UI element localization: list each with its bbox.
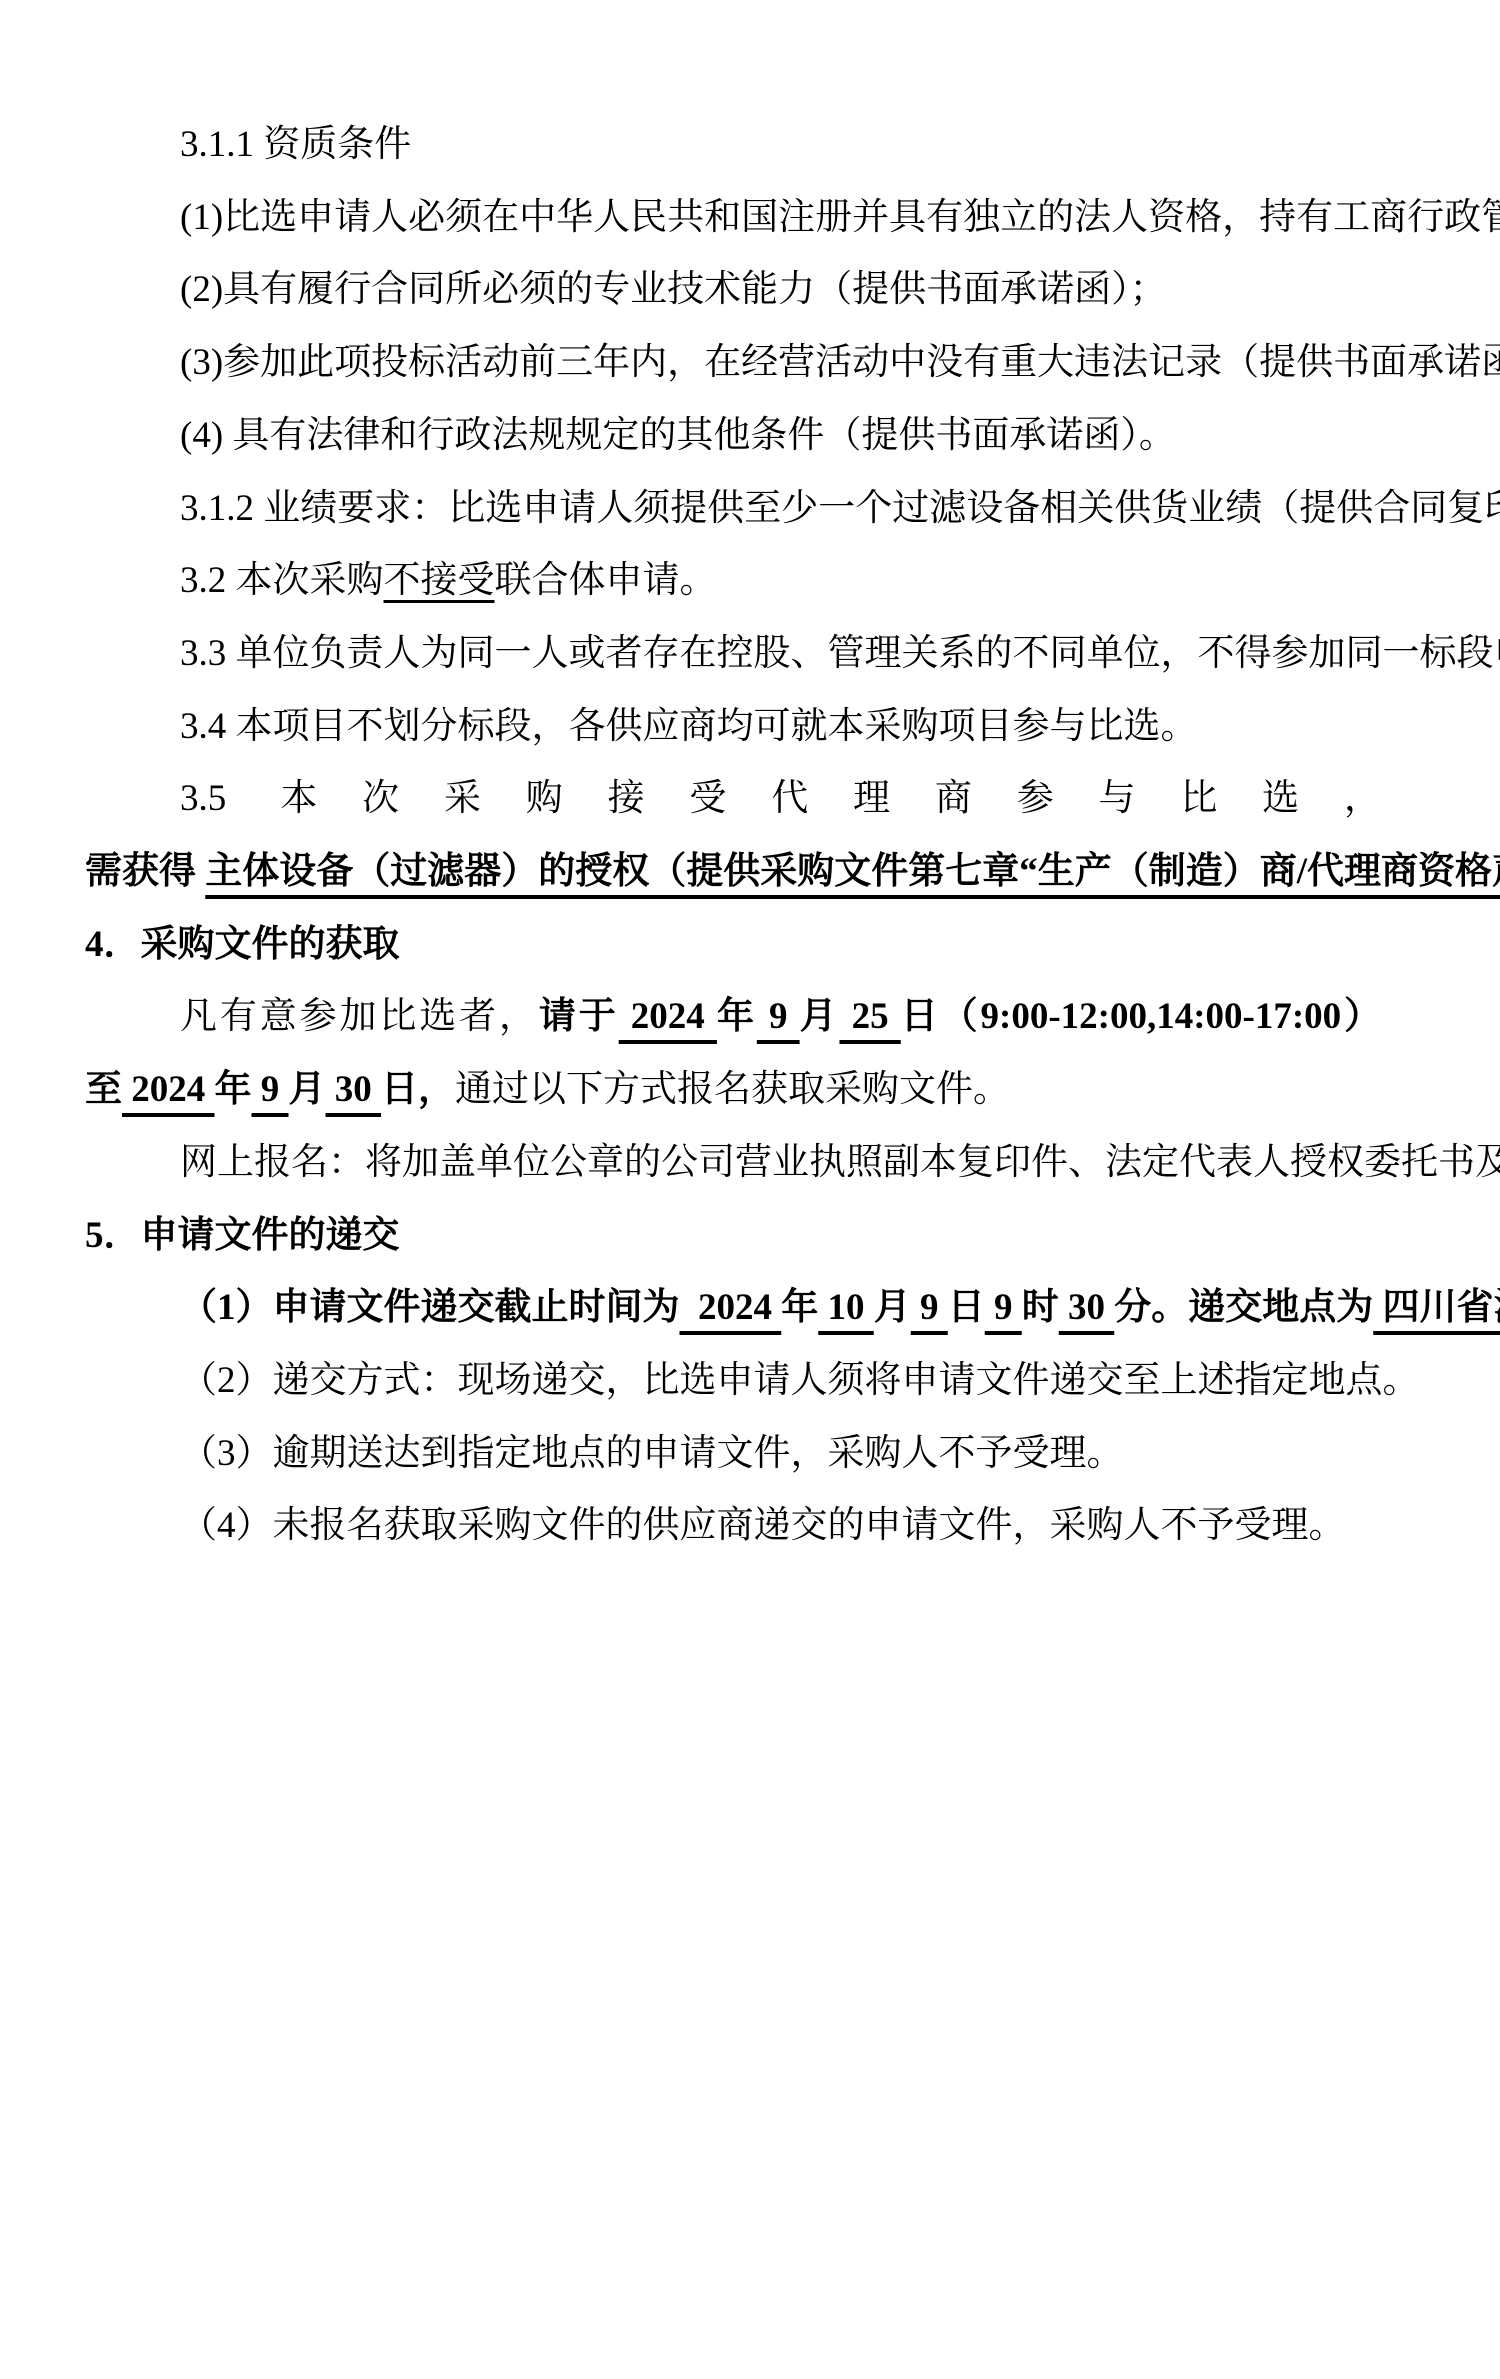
text-segment: 2024 (680, 1287, 782, 1328)
qualification-item-4: (4) 具有法律和行政法规规定的其他条件（提供书面承诺函）。 (85, 400, 1381, 473)
sec-4-online-signup: 网上报名：将加盖单位公章的公司营业执照副本复印件、法定代表人授权委托书及法定代表… (85, 1127, 1381, 1200)
text-segment: 凡有意参加比选者， (180, 996, 539, 1037)
sec-3-4-no-lots: 3.4 本项目不划分标段，各供应商均可就本采购项目参与比选。 (85, 691, 1381, 764)
text-segment: 日， (381, 1069, 455, 1110)
document-page: 3.1.1 资质条件(1)比选申请人必须在中华人民共和国注册并具有独立的法人资格… (0, 0, 1500, 2379)
text-segment: 9 (985, 1287, 1022, 1328)
sec-5-heading: 5．申请文件的递交 (85, 1200, 1381, 1273)
sec-3-2-no-consortium: 3.2 本次采购不接受联合体申请。 (85, 545, 1381, 618)
text-segment: 年 (717, 996, 757, 1037)
text-segment: （1）申请文件递交截止时间为 (180, 1287, 680, 1328)
text-segment: （4）未报名获取采购文件的供应商递交的申请文件，采购人不予受理。 (180, 1505, 1346, 1546)
text-segment: 3.4 本项目不划分标段，各供应商均可就本采购项目参与比选。 (180, 706, 1198, 747)
text-segment: 联合体申请。 (495, 560, 717, 601)
text-segment: 5．申请文件的递交 (85, 1215, 400, 1256)
text-segment: 需获得 (85, 851, 205, 892)
text-segment: 3.1.1 资质条件 (180, 124, 411, 165)
text-segment: 9 (757, 996, 800, 1037)
sec-3-3-same-person: 3.3 单位负责人为同一人或者存在控股、管理关系的不同单位，不得参加同一标段申请… (85, 618, 1381, 691)
text-segment: 日（9:00-12:00,14:00-17:00） (901, 996, 1381, 1037)
text-segment: (1)比选申请人必须在中华人民共和国注册并具有独立的法人资格，持有工商行政管理部… (180, 197, 1500, 238)
sec-5-item-3-late: （3）逾期送达到指定地点的申请文件，采购人不予受理。 (85, 1418, 1381, 1491)
text-segment: 月 (874, 1287, 911, 1328)
text-segment: 主体设备（过滤器）的授权（提供采购文件第七章“生产（制造）商/代理商资格声明”，… (205, 851, 1500, 892)
text-segment: 分。递交地点为 (1114, 1287, 1373, 1328)
text-segment: 3.3 单位负责人为同一人或者存在控股、管理关系的不同单位，不得参加同一标段申请… (180, 633, 1500, 674)
text-segment: 3.2 本次采购 (180, 560, 384, 601)
text-segment: 至 (85, 1069, 122, 1110)
qualification-item-3: (3)参加此项投标活动前三年内，在经营活动中没有重大违法记录（提供书面承诺函）； (85, 327, 1381, 400)
text-segment: （2）递交方式：现场递交，比选申请人须将申请文件递交至上述指定地点。 (180, 1360, 1420, 1401)
sec-3-1-2-performance: 3.1.2 业绩要求：比选申请人须提供至少一个过滤设备相关供货业绩（提供合同复印… (85, 473, 1381, 546)
text-segment: 30 (326, 1069, 382, 1110)
text-segment: 月 (800, 996, 840, 1037)
text-segment: (3)参加此项投标活动前三年内，在经营活动中没有重大违法记录（提供书面承诺函）； (180, 342, 1500, 383)
text-segment: 25 (839, 996, 900, 1037)
text-segment: 网上报名：将加盖单位公章的公司营业执照副本复印件、法定代表人授权委托书及法定代表… (180, 1142, 1500, 1183)
sec-5-item-2-method: （2）递交方式：现场递交，比选申请人须将申请文件递交至上述指定地点。 (85, 1345, 1381, 1418)
document-body: 3.1.1 资质条件(1)比选申请人必须在中华人民共和国注册并具有独立的法人资格… (85, 109, 1381, 1563)
text-segment: 2024 (619, 996, 717, 1037)
text-segment: (2)具有履行合同所必须的专业技术能力（提供书面承诺函）； (180, 269, 1167, 310)
text-segment: 10 (818, 1287, 874, 1328)
text-segment: 9 (252, 1069, 289, 1110)
text-segment: (4) 具有法律和行政法规规定的其他条件（提供书面承诺函）。 (180, 415, 1176, 456)
text-segment: 通过以下方式报名获取采购文件。 (455, 1069, 1010, 1110)
text-segment: 30 (1059, 1287, 1115, 1328)
qualification-item-2: (2)具有履行合同所必须的专业技术能力（提供书面承诺函）； (85, 254, 1381, 327)
text-segment: 年 (781, 1287, 818, 1328)
text-segment: 不接受 (384, 560, 495, 601)
text-segment: 2024 (122, 1069, 215, 1110)
text-segment: 3.1.2 业绩要求：比选申请人须提供至少一个过滤设备相关供货业绩（提供合同复印… (180, 488, 1500, 529)
text-segment: （3）逾期送达到指定地点的申请文件，采购人不予受理。 (180, 1433, 1124, 1474)
text-segment: 请于 (539, 996, 619, 1037)
text-segment: 4．采购文件的获取 (85, 924, 400, 965)
sec-3-5-agent: 3.5 本次采购接受代理商参与比选，需获得 主体设备（过滤器）的授权（提供采购文… (85, 763, 1381, 908)
text-segment: 年 (215, 1069, 252, 1110)
text-segment: 月 (289, 1069, 326, 1110)
sec-5-item-1-deadline: （1）申请文件递交截止时间为 2024 年 10 月 9 日 9 时 30 分。… (85, 1272, 1381, 1345)
text-segment: 日 (948, 1287, 985, 1328)
text-segment: 时 (1022, 1287, 1059, 1328)
sec-5-item-4-unregistered: （4）未报名获取采购文件的供应商递交的申请文件，采购人不予受理。 (85, 1490, 1381, 1563)
text-segment: 3.5 本次采购接受代理商参与比选， (180, 778, 1381, 819)
text-segment: 四川省泸州市江阳区国家固态酿造工程技术研究中心 D 栋 2-3 会议室 (1373, 1287, 1500, 1328)
sec-3-1-1-heading: 3.1.1 资质条件 (85, 109, 1381, 182)
qualification-item-1: (1)比选申请人必须在中华人民共和国注册并具有独立的法人资格，持有工商行政管理部… (85, 182, 1381, 255)
sec-4-heading: 4．采购文件的获取 (85, 909, 1381, 982)
sec-4-obtain-period: 凡有意参加比选者，请于 2024 年 9 月 25 日（9:00-12:00,1… (85, 981, 1381, 1126)
text-segment: 9 (911, 1287, 948, 1328)
